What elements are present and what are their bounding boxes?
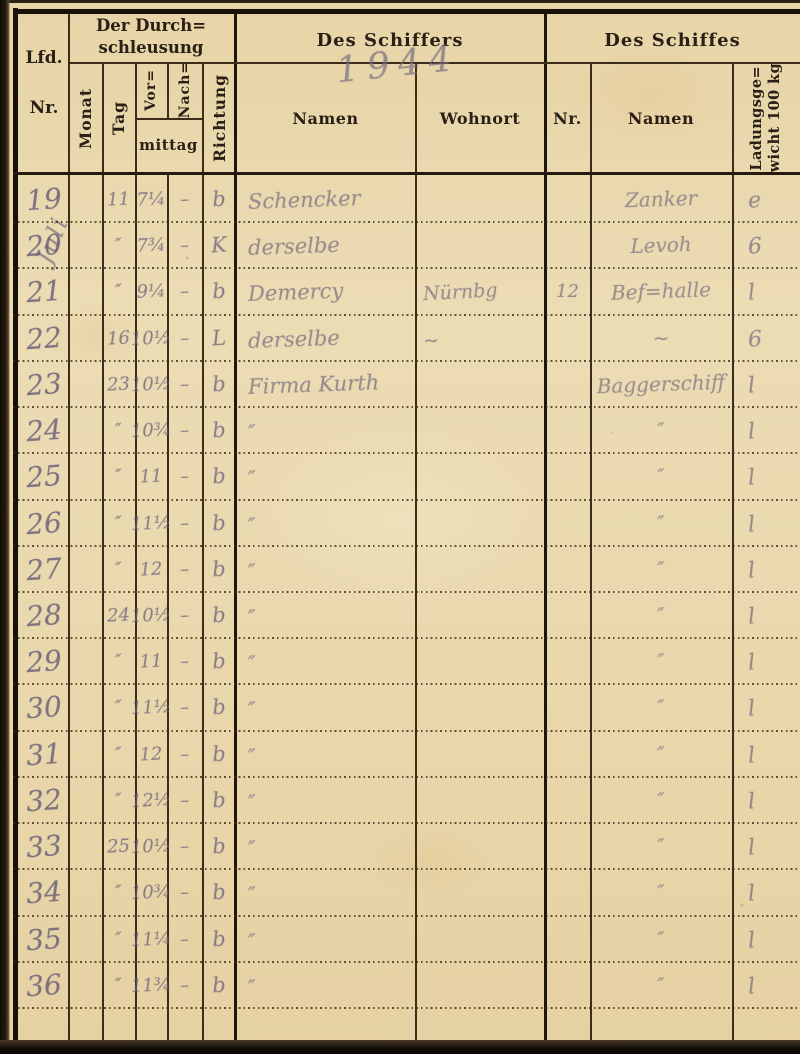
schiffer-name-value: derselbe: [235, 311, 427, 364]
richtung-value: b: [200, 914, 237, 962]
schiff-name-value: Zanker: [589, 174, 733, 225]
vormittag-value: 10½: [134, 822, 168, 870]
schiffer-name-value: ″: [235, 542, 427, 595]
monat-value: [68, 268, 102, 314]
nachmittag-value: –: [166, 545, 203, 593]
vormittag-value: 11½: [134, 684, 168, 732]
ladung-value: l: [730, 913, 800, 965]
lfd-nr-value: 23: [18, 359, 69, 408]
monat-value: [68, 638, 102, 684]
richtung-value: b: [200, 822, 237, 870]
table-row: 35 ″ 11¼ – b ″ ″ l: [0, 916, 800, 962]
schiff-nr-value: [545, 592, 590, 638]
schiff-nr-value: [545, 638, 590, 684]
tag-value: ″: [101, 545, 136, 593]
schiff-name-value: Bef=halle: [589, 266, 733, 317]
schiff-nr-value: [545, 176, 590, 222]
schiffer-name-value: ″: [235, 450, 427, 503]
ladung-value: l: [730, 543, 800, 595]
ladung-value: l: [730, 635, 800, 687]
monat-value: [68, 500, 102, 546]
register-rows: 19 11 7¼ – b Schencker Zanker e 20 ″ 7¾ …: [0, 0, 800, 1054]
schiff-name-value: ″: [589, 405, 733, 456]
table-row: 21 ″ 9¼ – b Demercy Nürnbg 12 Bef=halle …: [0, 268, 800, 314]
nachmittag-value: –: [166, 776, 203, 824]
vormittag-value: 12½: [134, 776, 168, 824]
vormittag-value: 7¼: [134, 175, 168, 223]
wohnort-value: [414, 172, 554, 225]
ladung-value: l: [730, 682, 800, 734]
ladung-value: l: [730, 774, 800, 826]
vormittag-value: 9¼: [134, 268, 168, 316]
schiffer-name-value: ″: [235, 635, 427, 688]
richtung-value: b: [200, 545, 237, 593]
ladung-value: l: [730, 450, 800, 502]
richtung-value: b: [200, 776, 237, 824]
wohnort-value: [414, 819, 554, 872]
lfd-nr-value: 33: [18, 821, 69, 870]
wohnort-value: [414, 450, 554, 503]
lfd-nr-value: 30: [18, 683, 69, 732]
schiffer-name-value: ″: [235, 496, 427, 549]
lfd-nr-value: 36: [18, 960, 69, 1009]
monat-value: [68, 869, 102, 915]
monat-value: [68, 823, 102, 869]
lfd-nr-value: 25: [18, 452, 69, 501]
lfd-nr-value: 28: [18, 590, 69, 639]
richtung-value: b: [200, 360, 237, 408]
vormittag-value: 10¾: [134, 868, 168, 916]
richtung-value: b: [200, 175, 237, 223]
schiffer-name-value: Firma Kurth: [235, 358, 427, 411]
monat-value: [68, 361, 102, 407]
table-row: 30 ″ 11½ – b ″ ″ l: [0, 684, 800, 730]
schiff-name-value: ″: [589, 913, 733, 964]
lfd-nr-value: 32: [18, 775, 69, 824]
schiff-name-value: Levoh: [589, 220, 733, 271]
tag-value: ″: [101, 730, 136, 778]
schiff-nr-value: [545, 823, 590, 869]
schiff-nr-value: [545, 869, 590, 915]
ladung-value: l: [730, 959, 800, 1011]
schiff-name-value: ″: [589, 636, 733, 687]
lock-register-page: Lfd. Nr. Der Durch= schleusung Des Schif…: [0, 0, 800, 1054]
lfd-nr-value: 22: [18, 313, 69, 362]
photo-edge-bottom: [0, 1040, 800, 1054]
wohnort-value: [414, 404, 554, 457]
lfd-nr-value: 21: [18, 267, 69, 316]
nachmittag-value: –: [166, 499, 203, 547]
wohnort-value: [414, 357, 554, 410]
table-row: 19 11 7¼ – b Schencker Zanker e: [0, 176, 800, 222]
schiff-name-value: ~: [589, 312, 733, 363]
schiff-nr-value: [545, 684, 590, 730]
ladung-value: l: [730, 820, 800, 872]
schiff-name-value: ″: [589, 451, 733, 502]
schiffer-name-value: derselbe: [235, 219, 427, 272]
schiff-name-value: ″: [589, 682, 733, 733]
schiff-nr-value: [545, 546, 590, 592]
wohnort-value: ~: [414, 311, 554, 364]
vormittag-value: 11: [134, 637, 168, 685]
schiff-nr-value: [545, 962, 590, 1008]
nachmittag-value: –: [166, 221, 203, 269]
vormittag-value: 7¾: [134, 221, 168, 269]
lfd-nr-value: 35: [18, 914, 69, 963]
ladung-value: 6: [730, 219, 800, 271]
richtung-value: b: [200, 498, 237, 546]
wohnort-value: [414, 866, 554, 919]
nachmittag-value: –: [166, 268, 203, 316]
tag-value: ″: [101, 637, 136, 685]
richtung-value: b: [200, 961, 237, 1009]
wohnort-value: [414, 958, 554, 1011]
lfd-nr-value: 34: [18, 868, 69, 917]
wohnort-value: [414, 496, 554, 549]
schiff-nr-value: [545, 453, 590, 499]
schiff-name-value: ″: [589, 543, 733, 594]
richtung-value: L: [200, 314, 237, 362]
vormittag-value: 11¾: [134, 961, 168, 1009]
lfd-nr-value: 29: [18, 637, 69, 686]
ladung-value: l: [730, 589, 800, 641]
monat-value: [68, 453, 102, 499]
schiff-name-value: ″: [589, 959, 733, 1010]
lfd-nr-value: 27: [18, 544, 69, 593]
tag-value: ″: [101, 268, 136, 316]
nachmittag-value: –: [166, 406, 203, 454]
table-row: 34 ″ 10¾ – b ″ ″ l: [0, 869, 800, 915]
vormittag-value: 12: [134, 730, 168, 778]
vormittag-value: 11½: [134, 499, 168, 547]
monat-value: [68, 731, 102, 777]
nachmittag-value: –: [166, 730, 203, 778]
nachmittag-value: –: [166, 591, 203, 639]
wohnort-value: [414, 542, 554, 595]
photo-edge-top: [0, 0, 800, 3]
table-row: 25 ″ 11 – b ″ ″ l: [0, 453, 800, 499]
schiffer-name-value: ″: [235, 589, 427, 642]
lfd-nr-value: 20: [18, 221, 69, 270]
vormittag-value: 10½: [134, 360, 168, 408]
richtung-value: b: [200, 406, 237, 454]
nachmittag-value: –: [166, 684, 203, 732]
lfd-nr-value: 19: [18, 174, 69, 223]
monat-value: [68, 315, 102, 361]
table-row: 28 24 10½ – b ″ ″ l: [0, 592, 800, 638]
monat-value: [68, 916, 102, 962]
ladung-value: l: [730, 358, 800, 410]
ladung-value: l: [730, 497, 800, 549]
schiff-name-value: ″: [589, 867, 733, 918]
table-row: 20 ″ 7¾ – K derselbe Levoh 6: [0, 222, 800, 268]
lfd-nr-value: 24: [18, 405, 69, 454]
monat-value: [68, 546, 102, 592]
schiffer-name-value: Demercy: [235, 265, 427, 318]
richtung-value: b: [200, 452, 237, 500]
table-row: 33 25 10½ – b ″ ″ l: [0, 823, 800, 869]
tag-value: ″: [101, 221, 136, 269]
schiff-nr-value: [545, 407, 590, 453]
schiffer-name-value: ″: [235, 866, 427, 919]
ladung-value: l: [730, 728, 800, 780]
nachmittag-value: –: [166, 637, 203, 685]
schiff-nr-value: [545, 315, 590, 361]
nachmittag-value: –: [166, 314, 203, 362]
schiff-name-value: ″: [589, 774, 733, 825]
richtung-value: b: [200, 267, 237, 315]
monat-value: [68, 407, 102, 453]
monat-value: [68, 176, 102, 222]
schiffer-name-value: ″: [235, 912, 427, 965]
monat-value: [68, 962, 102, 1008]
schiff-name-value: ″: [589, 821, 733, 872]
richtung-value: b: [200, 868, 237, 916]
wohnort-value: [414, 727, 554, 780]
table-row: 29 ″ 11 – b ″ ″ l: [0, 638, 800, 684]
nachmittag-value: –: [166, 961, 203, 1009]
schiffer-name-value: ″: [235, 774, 427, 827]
wohnort-value: [414, 219, 554, 272]
schiff-nr-value: [545, 500, 590, 546]
schiff-name-value: ″: [589, 497, 733, 548]
schiff-nr-value: [545, 731, 590, 777]
schiffer-name-value: ″: [235, 958, 427, 1011]
schiff-nr-value: [545, 222, 590, 268]
photo-edge-left: [0, 0, 10, 1054]
table-row: 22 16 10½ – L derselbe ~ ~ 6: [0, 315, 800, 361]
vormittag-value: 10½: [134, 314, 168, 362]
nachmittag-value: –: [166, 822, 203, 870]
table-row: 23 23 10½ – b Firma Kurth Baggerschiff l: [0, 361, 800, 407]
wohnort-value: Nürnbg: [414, 265, 554, 318]
schiffer-name-value: Schencker: [235, 173, 427, 226]
schiff-nr-value: [545, 777, 590, 823]
schiffer-name-value: ″: [235, 820, 427, 873]
vormittag-value: 10½: [134, 591, 168, 639]
richtung-value: K: [200, 221, 237, 269]
schiff-nr-value: [545, 361, 590, 407]
schiff-name-value: ″: [589, 728, 733, 779]
lfd-nr-value: 31: [18, 729, 69, 778]
richtung-value: b: [200, 683, 237, 731]
wohnort-value: [414, 912, 554, 965]
ladung-value: l: [730, 866, 800, 918]
richtung-value: b: [200, 637, 237, 685]
monat-value: [68, 592, 102, 638]
monat-value: [68, 777, 102, 823]
monat-value: [68, 222, 102, 268]
schiff-name-value: ″: [589, 590, 733, 641]
nachmittag-value: –: [166, 360, 203, 408]
schiffer-name-value: ″: [235, 404, 427, 457]
monat-value: [68, 684, 102, 730]
table-row: 31 ″ 12 – b ″ ″ l: [0, 731, 800, 777]
richtung-value: b: [200, 591, 237, 639]
schiff-name-value: Baggerschiff: [589, 358, 733, 409]
wohnort-value: [414, 588, 554, 641]
vormittag-value: 12: [134, 545, 168, 593]
table-row: 36 ″ 11¾ – b ″ ″ l: [0, 962, 800, 1008]
richtung-value: b: [200, 729, 237, 777]
ladung-value: l: [730, 404, 800, 456]
vormittag-value: 11¼: [134, 915, 168, 963]
tag-value: 11: [101, 175, 136, 223]
wohnort-value: [414, 681, 554, 734]
ladung-value: l: [730, 266, 800, 318]
nachmittag-value: –: [166, 868, 203, 916]
schiff-nr-value: [545, 916, 590, 962]
schiffer-name-value: ″: [235, 727, 427, 780]
wohnort-value: [414, 773, 554, 826]
table-row: 27 ″ 12 – b ″ ″ l: [0, 546, 800, 592]
table-row: 32 ″ 12½ – b ″ ″ l: [0, 777, 800, 823]
ladung-value: e: [730, 173, 800, 225]
table-row: 24 ″ 10¾ – b ″ ″ l: [0, 407, 800, 453]
tag-value: ″: [101, 452, 136, 500]
schiffer-name-value: ″: [235, 681, 427, 734]
table-row: 26 ″ 11½ – b ″ ″ l: [0, 500, 800, 546]
nachmittag-value: –: [166, 452, 203, 500]
vormittag-value: 11: [134, 453, 168, 501]
lfd-nr-value: 26: [18, 498, 69, 547]
nachmittag-value: –: [166, 175, 203, 223]
schiff-nr-value: 12: [545, 268, 590, 314]
vormittag-value: 10¾: [134, 406, 168, 454]
nachmittag-value: –: [166, 915, 203, 963]
ladung-value: 6: [730, 312, 800, 364]
wohnort-value: [414, 635, 554, 688]
